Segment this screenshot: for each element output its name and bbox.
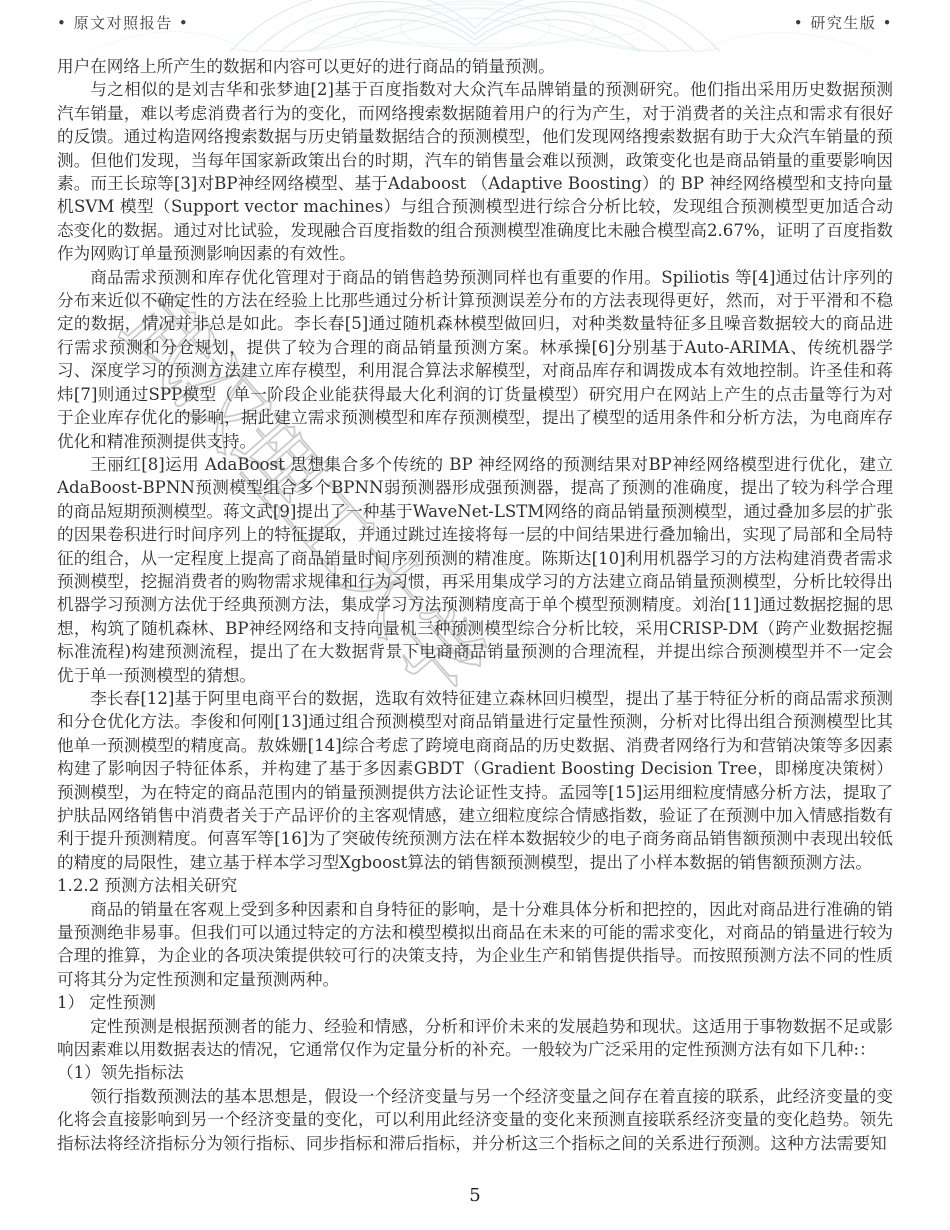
page-number: 5 — [0, 1185, 950, 1206]
header-left-label: • 原文对照报告 • — [57, 12, 189, 33]
report-page: • 原文对照报告 • • 研究生版 • 武汉理工大学 用户在网络上所产生的数据和… — [0, 0, 950, 1230]
section-heading: 1.2.2 预测方法相关研究 — [57, 874, 893, 897]
paragraph: 商品的销量在客观上受到多种因素和自身特征的影响，是十分难具体分析和把控的，因此对… — [57, 898, 893, 992]
paragraph: 李长春[12]基于阿里电商平台的数据，选取有效特征建立森林回归模型，提出了基于特… — [57, 687, 893, 874]
paragraph: 王丽红[8]运用 AdaBoost 思想集合多个传统的 BP 神经网络的预测结果… — [57, 453, 893, 687]
header-right-label: • 研究生版 • — [794, 12, 893, 33]
document-body: 用户在网络上所产生的数据和内容可以更好的进行商品的销量预测。 与之相似的是刘吉华… — [57, 55, 893, 1155]
list-item-heading: （1）领先指标法 — [57, 1061, 893, 1084]
paragraph: 与之相似的是刘吉华和张梦迪[2]基于百度指数对大众汽车品牌销量的预测研究。他们指… — [57, 78, 893, 265]
paragraph: 领行指数预测法的基本思想是，假设一个经济变量与另一个经济变量之间存在着直接的联系… — [57, 1085, 893, 1155]
paragraph-continuation: 用户在网络上所产生的数据和内容可以更好的进行商品的销量预测。 — [57, 55, 893, 78]
paragraph: 商品需求预测和库存优化管理对于商品的销售趋势预测同样也有重要的作用。Spilio… — [57, 266, 893, 453]
list-item-heading: 1） 定性预测 — [57, 991, 893, 1014]
paragraph: 定性预测是根据预测者的能力、经验和情感，分析和评价未来的发展趋势和现状。这适用于… — [57, 1015, 893, 1062]
